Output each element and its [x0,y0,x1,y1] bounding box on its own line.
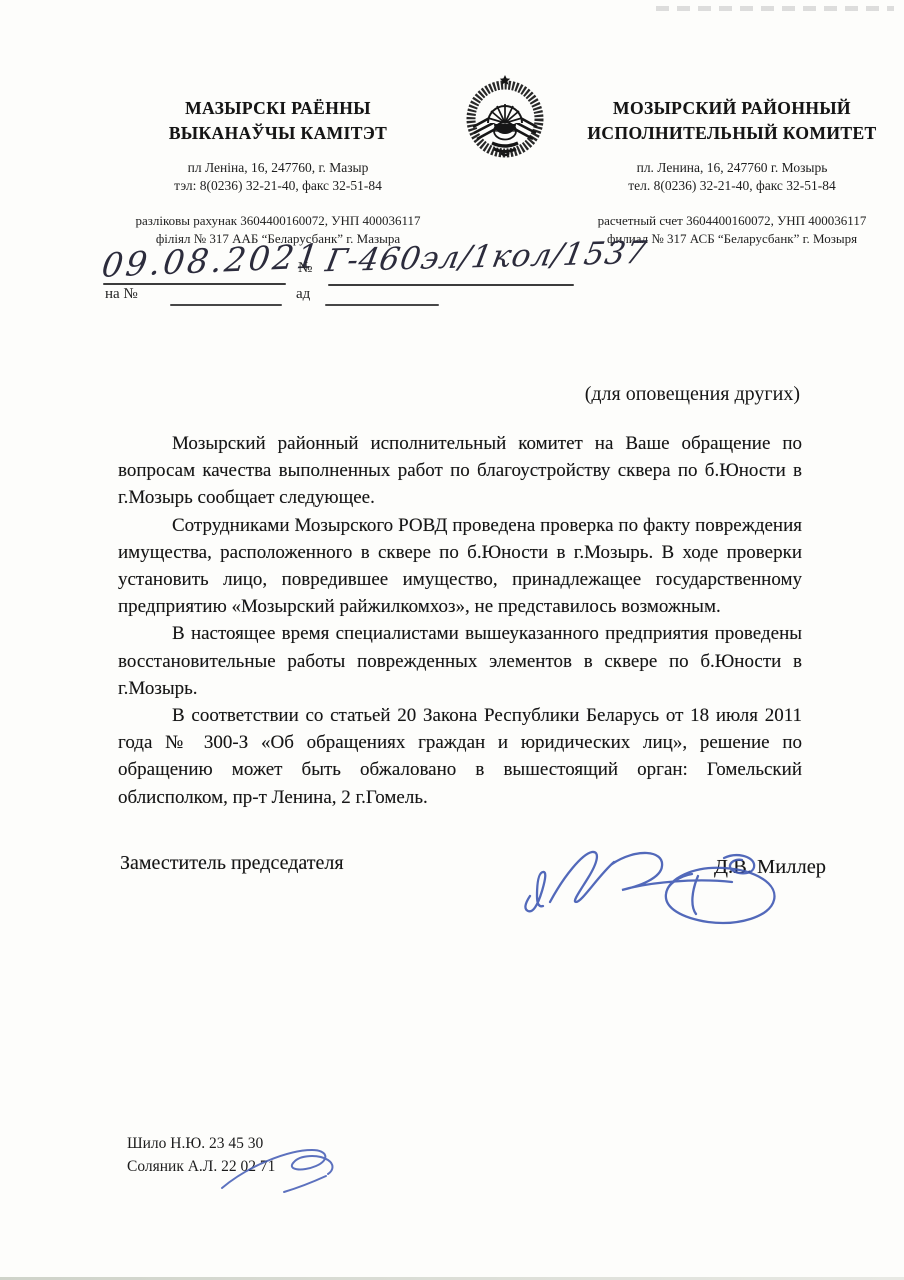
belarus-state-emblem-icon [461,71,549,167]
scanned-letter-page: МАЗЫРСКІ РАЁННЫ ВЫКАНАЎЧЫ КАМІТЭТ пл Лен… [0,0,904,1280]
incoming-number-blank-line [170,304,282,306]
org-name-russian: МОЗЫРСКИЙ РАЙОННЫЙ ИСПОЛНИТЕЛЬНЫЙ КОМИТЕ… [546,96,904,146]
paragraph-4: В соответствии со статьей 20 Закона Респ… [118,702,802,811]
handwritten-outgoing-date: 09.08.2021 [100,236,324,285]
handwritten-outgoing-number: Г-460эл/1кол/1537 [323,235,650,280]
paragraph-3: В настоящее время специалистами вышеуказ… [118,620,802,702]
date-underline [103,283,286,285]
org-address-belarusian: пл Леніна, 16, 247760, г. Мазыр тэл: 8(0… [92,159,464,195]
paragraph-2: Сотрудниками Мозырского РОВД проведена п… [118,512,802,621]
signer-position-title: Заместитель председателя [120,852,344,875]
recipient-note: (для оповещения других) [585,383,800,406]
paragraph-1: Мозырский районный исполнительный комите… [118,430,802,512]
letter-body: Мозырский районный исполнительный комите… [118,430,802,811]
org-address-russian: пл. Ленина, 16, 247760 г. Мозырь тел. 8(… [546,159,904,195]
number-underline [328,284,574,286]
incoming-number-label: на № [105,286,138,303]
pen-signature-icon [516,832,800,940]
org-name-belarusian: МАЗЫРСКІ РАЁННЫ ВЫКАНАЎЧЫ КАМІТЭТ [92,96,464,146]
letterhead-right-column: МОЗЫРСКИЙ РАЙОННЫЙ ИСПОЛНИТЕЛЬНЫЙ КОМИТЕ… [546,96,904,247]
incoming-date-label: ад [296,286,310,303]
number-sign-label: № [298,260,312,277]
scan-artifact-top [656,6,894,11]
pen-initials-icon [218,1138,348,1200]
letterhead-left-column: МАЗЫРСКІ РАЁННЫ ВЫКАНАЎЧЫ КАМІТЭТ пл Лен… [92,96,464,247]
incoming-date-blank-line [325,304,439,306]
